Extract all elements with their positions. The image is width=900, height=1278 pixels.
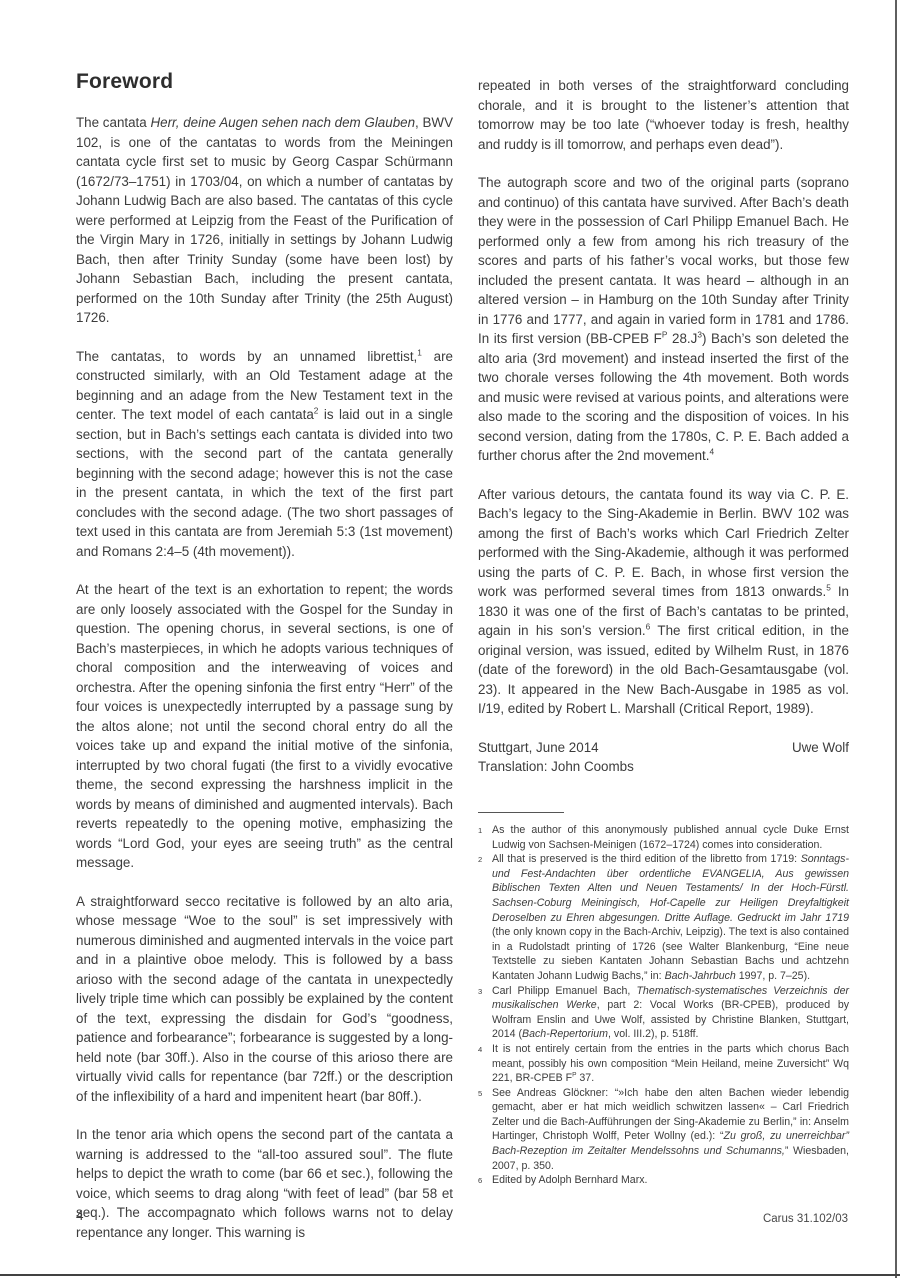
footnote-text: As the author of this anonymously publis… — [492, 823, 849, 852]
footnote-number: 1 — [478, 824, 492, 853]
footnote-text: Carl Philipp Emanuel Bach, Thematisch-sy… — [492, 984, 849, 1042]
footnote-text: Edited by Adolph Bernhard Marx. — [492, 1173, 849, 1188]
edition-code: Carus 31.102/03 — [763, 1213, 848, 1225]
signoff-row: Stuttgart, June 2014 Uwe Wolf — [478, 738, 849, 758]
footnote-number: 3 — [478, 985, 492, 1043]
scan-edge-right — [895, 0, 897, 1278]
paragraph-sources-history: The autograph score and two of the origi… — [478, 173, 849, 466]
footnote-number: 5 — [478, 1087, 492, 1175]
translation-credit: Translation: John Coombs — [478, 757, 849, 777]
paragraph-recitative-aria: A straightforward secco recitative is fo… — [76, 892, 453, 1107]
left-column: Foreword The cantata Herr, deine Augen s… — [76, 70, 453, 1242]
footnote-6: 6 Edited by Adolph Bernhard Marx. — [478, 1173, 849, 1188]
signoff-place-date: Stuttgart, June 2014 — [478, 738, 599, 758]
footnote-text: See Andreas Glöckner: “»Ich habe den alt… — [492, 1086, 849, 1174]
paragraph-opening-chorus: At the heart of the text is an exhortati… — [76, 580, 453, 873]
footnote-text: All that is preserved is the third editi… — [492, 852, 849, 983]
footnotes-block: 1 As the author of this anonymously publ… — [478, 812, 849, 1188]
footnote-text: It is not entirely certain from the entr… — [492, 1042, 849, 1086]
signoff-author: Uwe Wolf — [792, 738, 849, 758]
footnote-separator-rule — [478, 812, 564, 813]
scan-edge-bottom — [0, 1274, 900, 1276]
paragraph-text-structure: The cantatas, to words by an unnamed lib… — [76, 347, 453, 562]
footnote-3: 3 Carl Philipp Emanuel Bach, Thematisch-… — [478, 984, 849, 1042]
footnote-2: 2 All that is preserved is the third edi… — [478, 852, 849, 983]
footnote-5: 5 See Andreas Glöckner: “»Ich habe den a… — [478, 1086, 849, 1174]
paragraph-reception-editions: After various detours, the cantata found… — [478, 485, 849, 719]
footnote-number: 4 — [478, 1043, 492, 1087]
right-column: repeated in both verses of the straightf… — [478, 76, 849, 777]
footnote-1: 1 As the author of this anonymously publ… — [478, 823, 849, 852]
paragraph-chorale-warning: repeated in both verses of the straightf… — [478, 76, 849, 154]
page-title: Foreword — [76, 70, 453, 94]
footnote-number: 2 — [478, 853, 492, 984]
page-number: 4 — [76, 1208, 84, 1223]
paragraph-cantata-intro: The cantata Herr, deine Augen sehen nach… — [76, 113, 453, 328]
footnote-4: 4 It is not entirely certain from the en… — [478, 1042, 849, 1086]
paragraph-tenor-aria: In the tenor aria which opens the second… — [76, 1125, 453, 1242]
footnote-number: 6 — [478, 1174, 492, 1189]
